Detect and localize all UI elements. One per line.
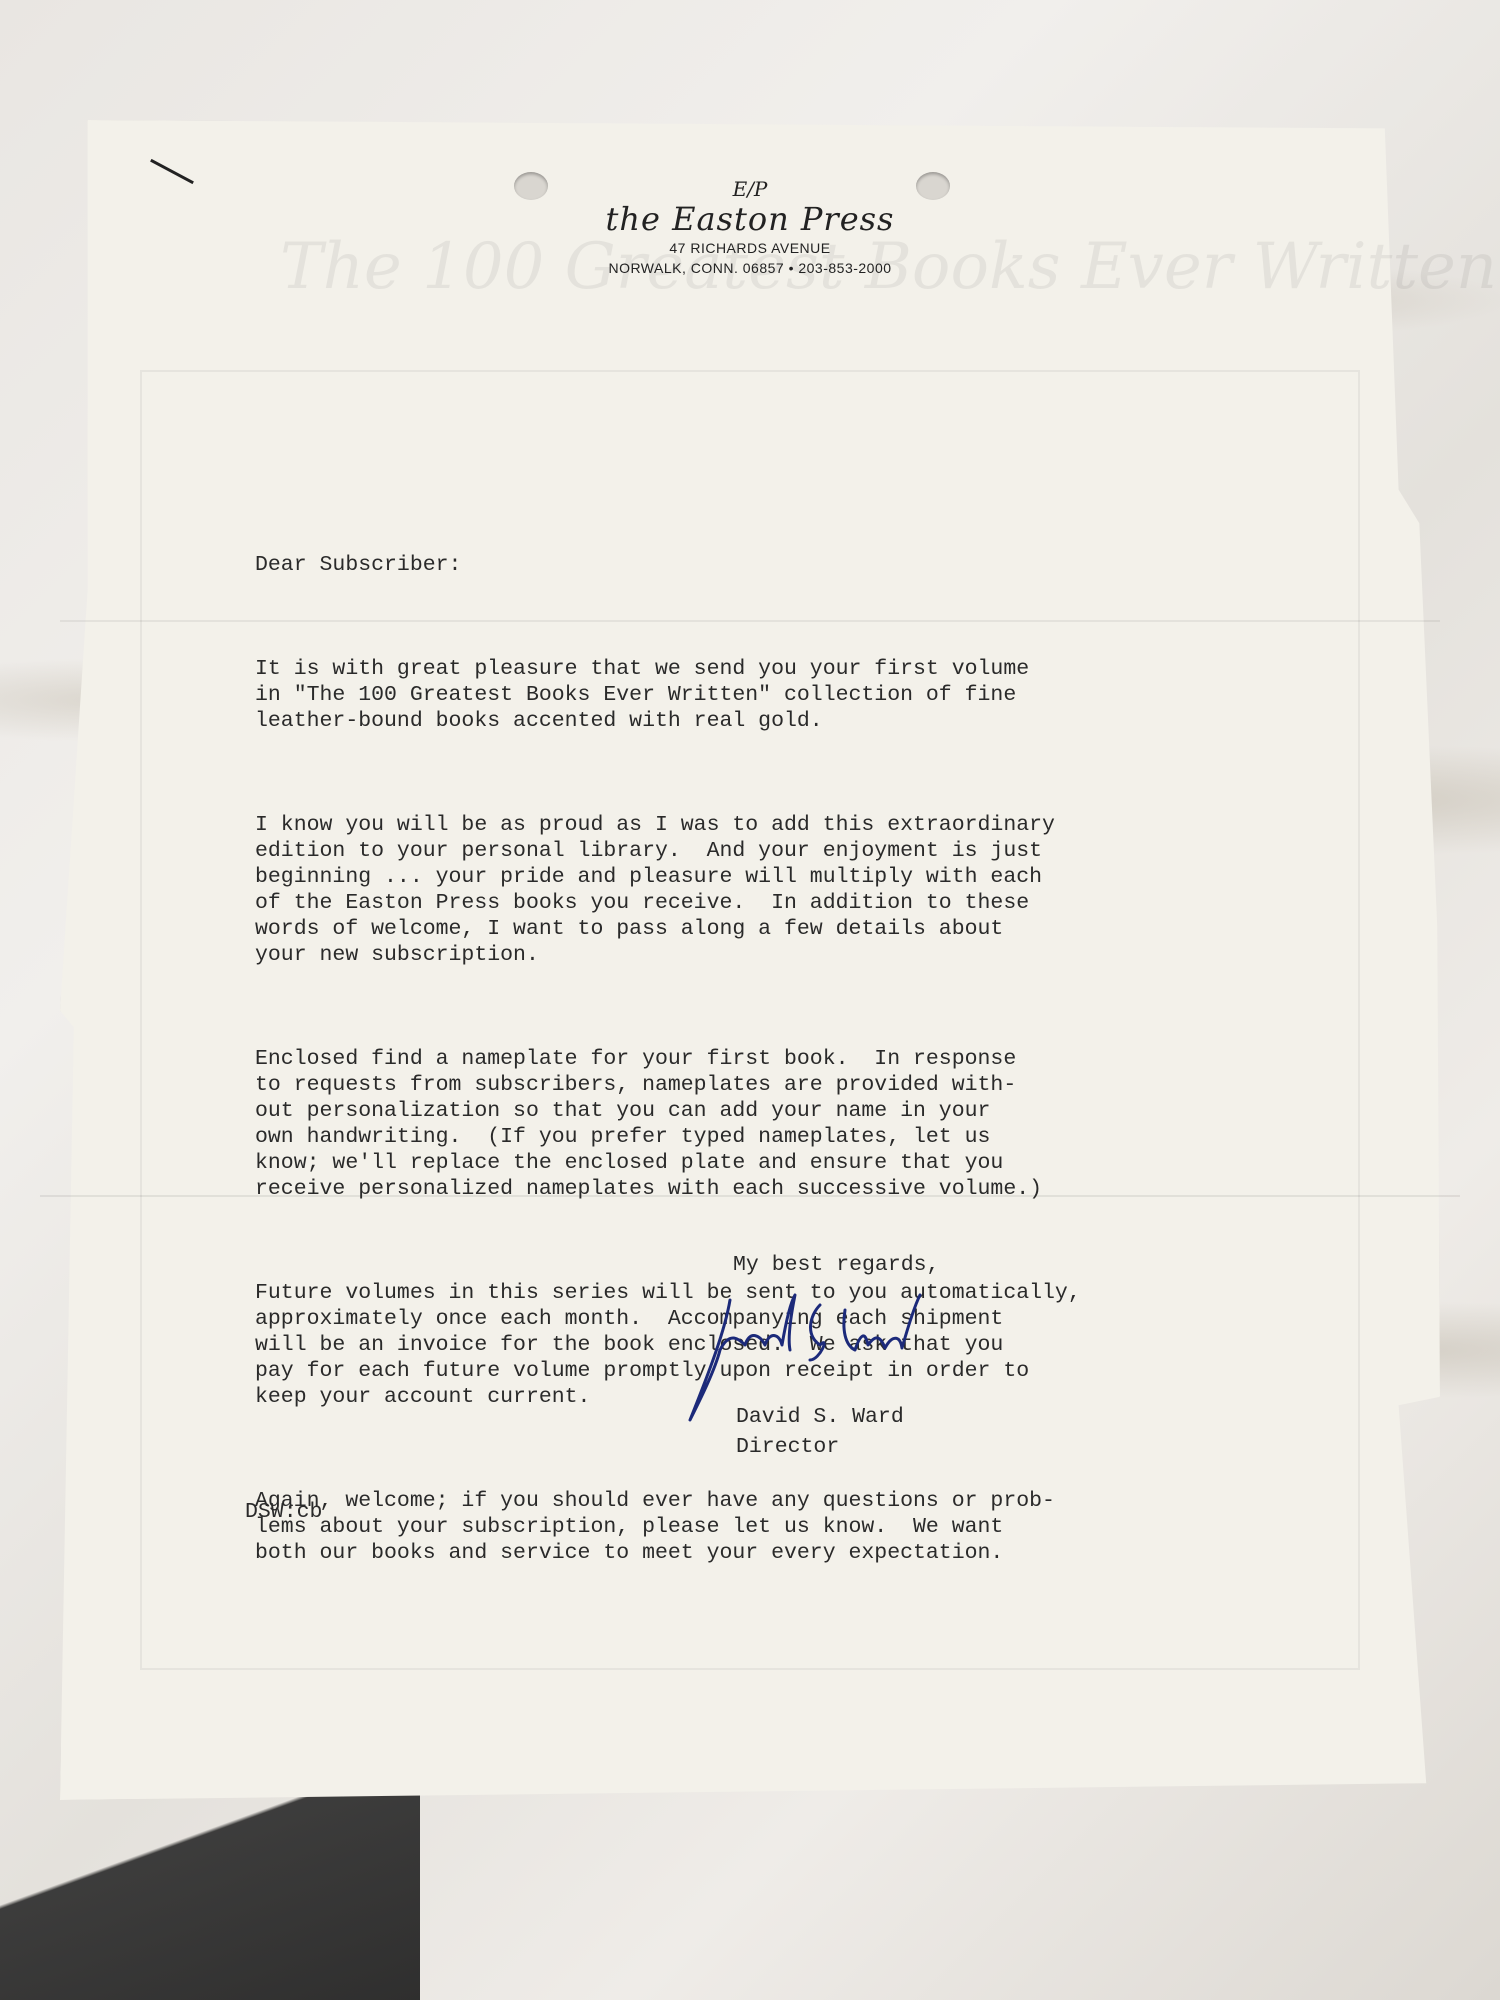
signer-name: David S. Ward xyxy=(736,1402,904,1432)
address-line: 47 RICHARDS AVENUE xyxy=(560,238,940,258)
salutation: Dear Subscriber: xyxy=(255,552,1275,578)
paragraph: Again, welcome; if you should ever have … xyxy=(255,1488,1275,1566)
monogram-logo: E/P xyxy=(560,178,940,200)
letterhead: E/P the Easton Press 47 RICHARDS AVENUE … xyxy=(560,178,940,278)
paragraph: It is with great pleasure that we send y… xyxy=(255,656,1275,734)
address-line: NORWALK, CONN. 06857 • 203-853-2000 xyxy=(560,258,940,278)
paragraph: I know you will be as proud as I was to … xyxy=(255,812,1275,968)
reference-initials: DSW:cb xyxy=(245,1500,322,1524)
company-name: the Easton Press xyxy=(560,200,940,238)
signer-title: Director xyxy=(736,1432,904,1462)
paragraph: Enclosed find a nameplate for your first… xyxy=(255,1046,1275,1202)
signature-block: David S. Ward Director xyxy=(736,1402,904,1462)
closing: My best regards, xyxy=(733,1253,939,1277)
punch-hole xyxy=(514,172,548,200)
